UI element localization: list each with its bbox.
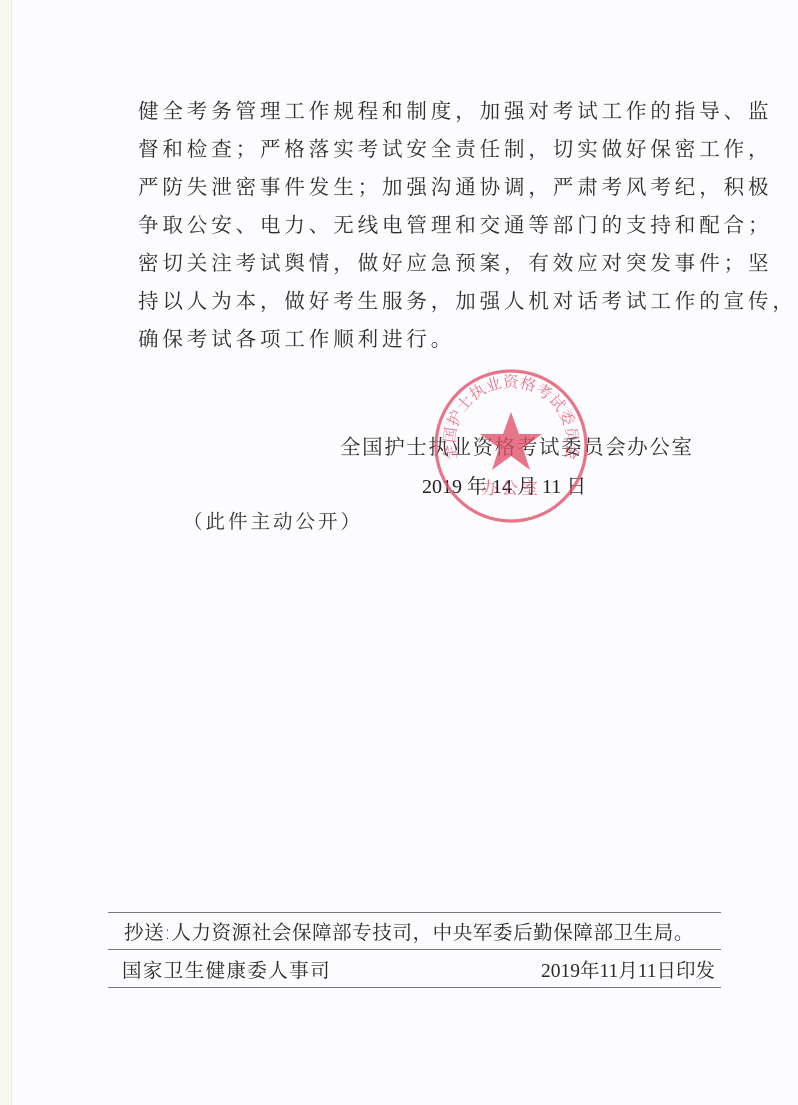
signature-date: 2019 年 14 月 11 日: [422, 470, 586, 499]
body-line: 健全考务管理工作规程和制度，加强对考试工作的指导、监: [138, 92, 698, 130]
issuing-office: 国家卫生健康委人事司: [122, 955, 331, 983]
body-line: 严防失泄密事件发生；加强沟通协调，严肃考风考纪，积极: [138, 168, 698, 206]
cc-recipients: 人力资源社会保障部专技司，中央军委后勤保障部卫生局。: [171, 921, 694, 944]
cc-block: 抄送:人力资源社会保障部专技司，中央军委后勤保障部卫生局。: [124, 917, 694, 945]
body-line: 密切关注考试舆情，做好应急预案，有效应对突发事件；坚: [138, 244, 698, 282]
cc-row: 抄送:人力资源社会保障部专技司，中央军委后勤保障部卫生局。: [108, 913, 721, 949]
signature-organization: 全国护士执业资格考试委员会办公室: [340, 430, 694, 460]
cc-label: 抄送:: [124, 921, 171, 944]
body-line: 确保考试各项工作顺利进行。: [138, 320, 698, 358]
page-edge: [0, 0, 12, 1105]
body-line: 督和检查；严格落实考试安全责任制，切实做好保密工作，: [138, 130, 698, 168]
public-disclosure-note: （此件主动公开）: [183, 506, 363, 534]
body-line: 争取公安、电力、无线电管理和交通等部门的支持和配合；: [138, 206, 698, 244]
footer-bottom-rule: [108, 987, 721, 988]
body-paragraph: 健全考务管理工作规程和制度，加强对考试工作的指导、监 督和检查；严格落实考试安全…: [138, 92, 698, 358]
issuer-row: 国家卫生健康委人事司 2019年11月11日印发: [108, 951, 721, 987]
body-line: 持以人为本，做好考生服务，加强人机对话考试工作的宣传，: [138, 282, 698, 320]
footer-middle-rule: [108, 949, 721, 950]
issue-date: 2019年11月11日印发: [541, 955, 715, 983]
